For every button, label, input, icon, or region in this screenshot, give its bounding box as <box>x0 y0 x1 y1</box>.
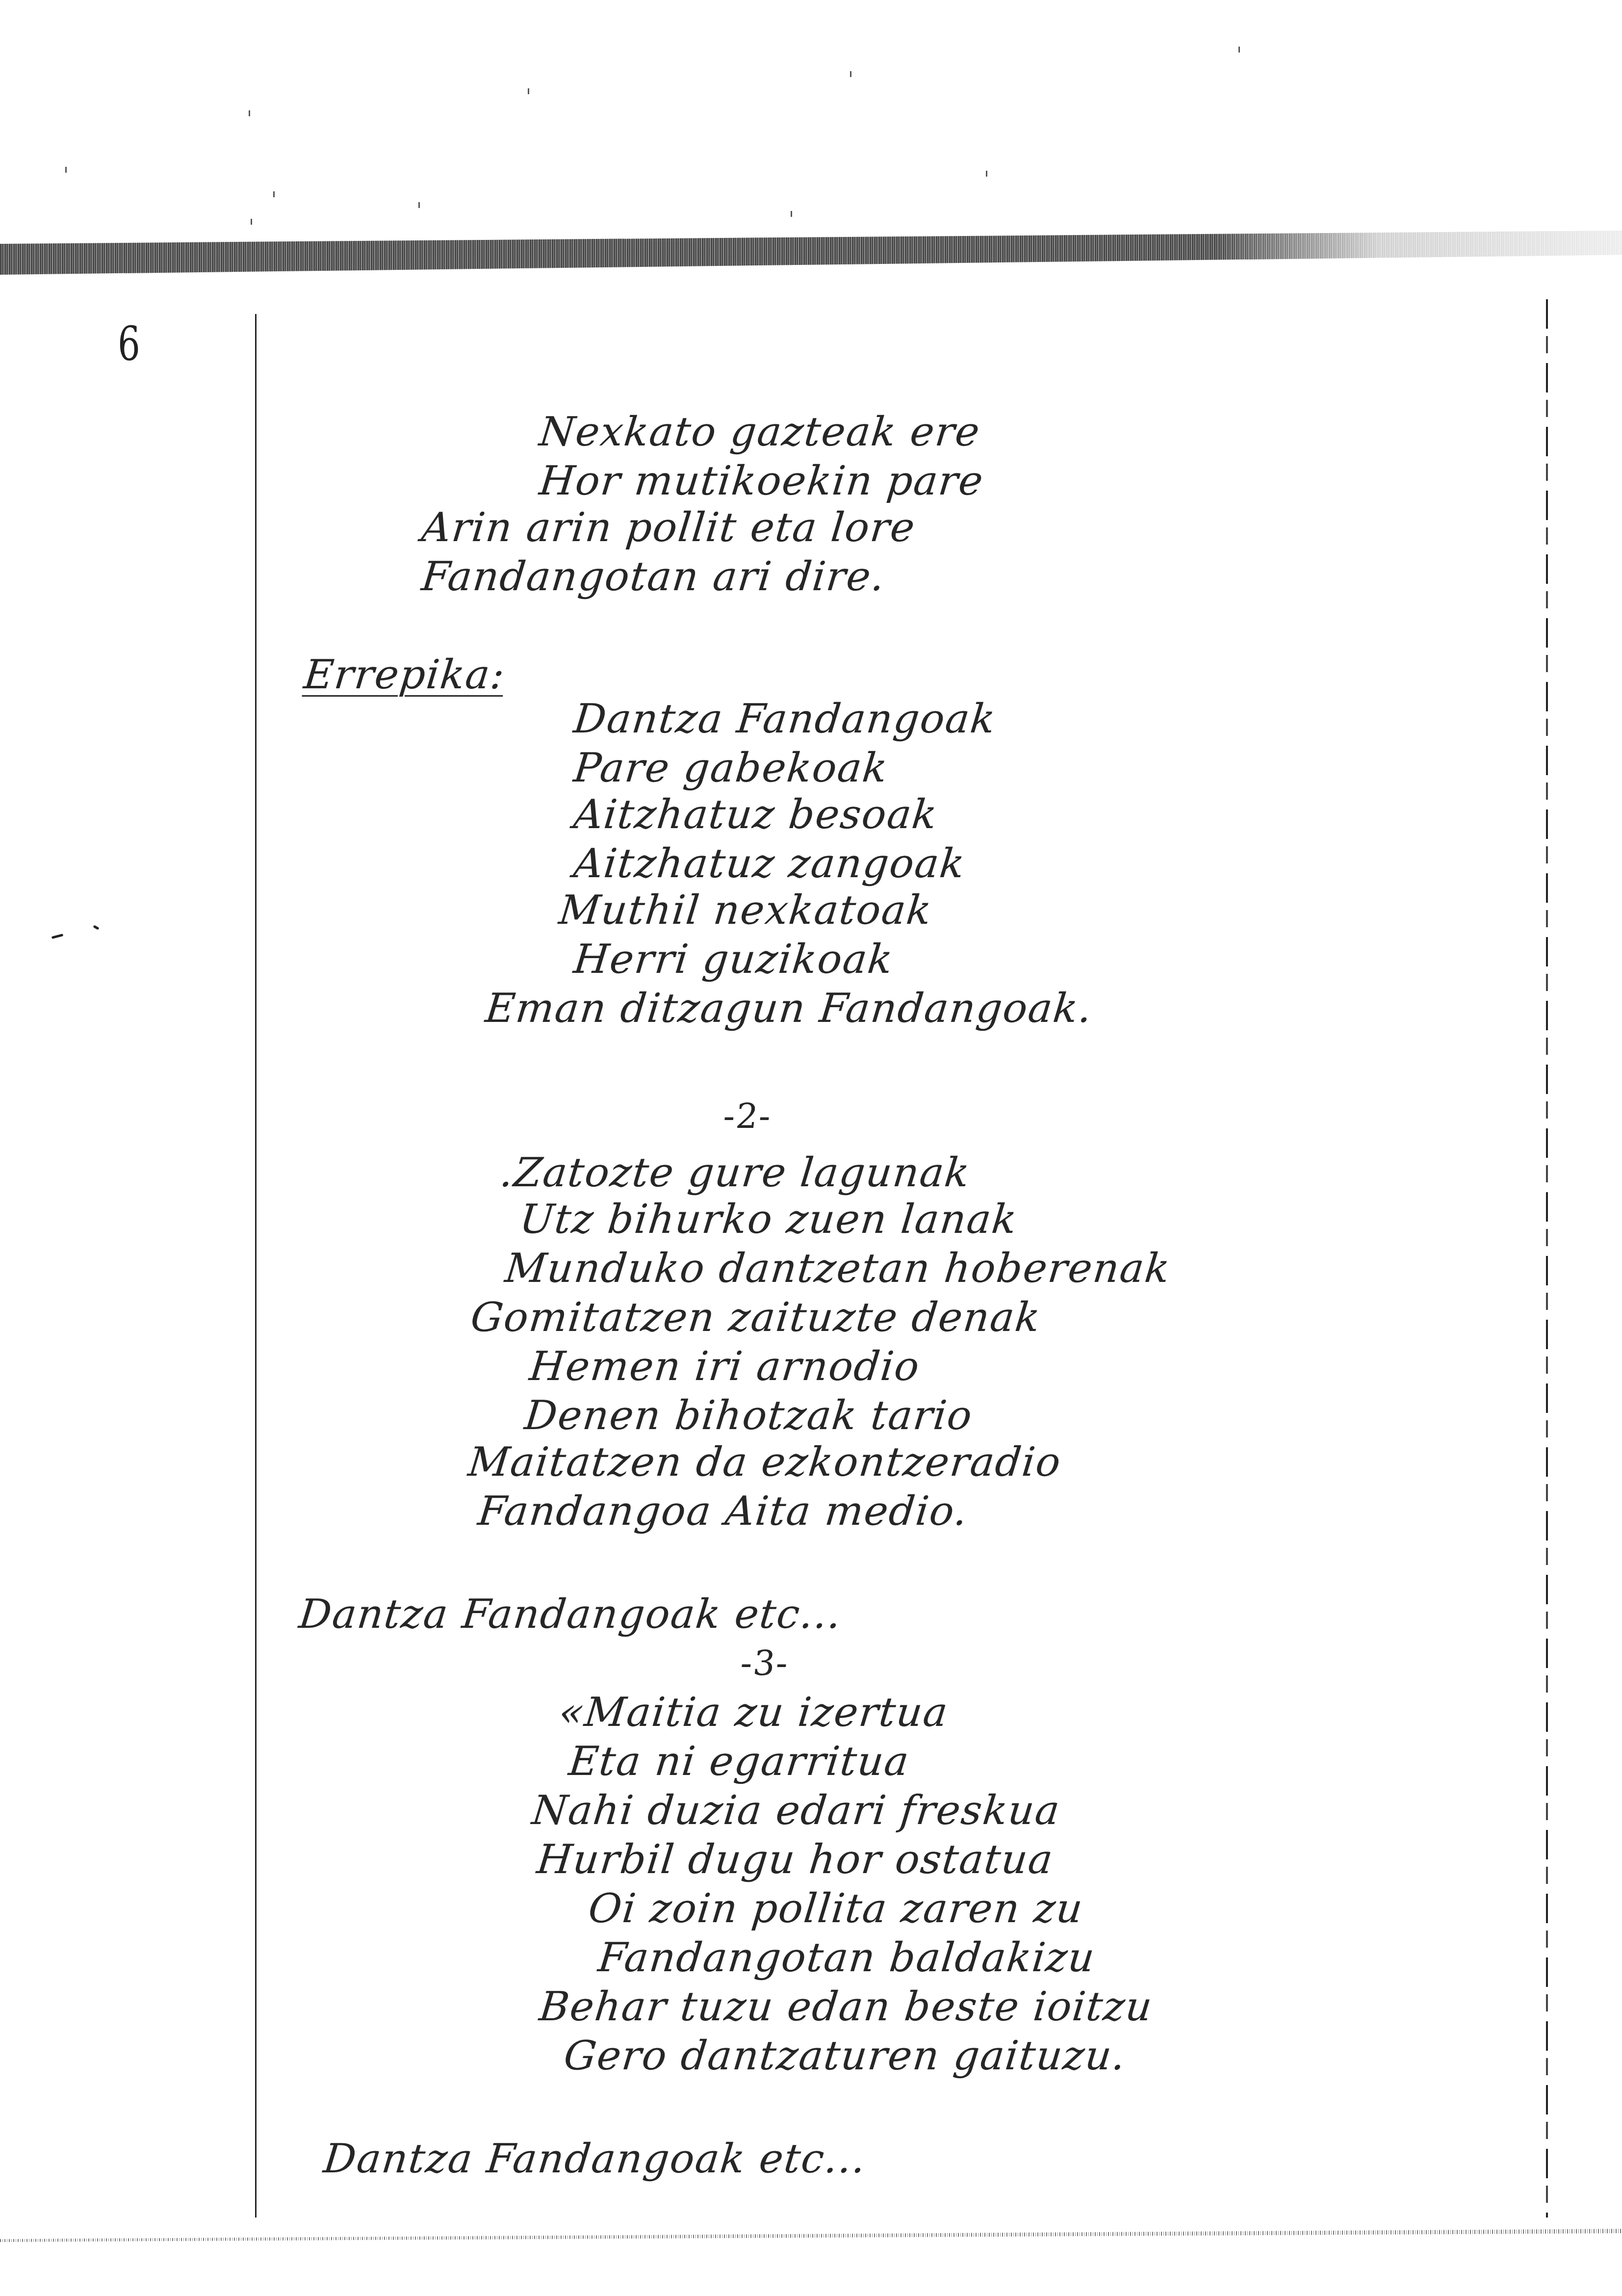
scan-speck <box>251 219 252 225</box>
scan-speck <box>791 211 792 217</box>
intro-line-3: Arin arin pollit eta lore <box>420 508 918 548</box>
verse-3-line-2: Eta ni egarritua <box>567 1742 912 1782</box>
verse-2-line-7: Maitatzen da ezkontzeradio <box>466 1442 1063 1483</box>
verse-3-line-1: «Maitia zu izertua <box>557 1693 951 1733</box>
verse-2-line-8: Fandangoa Aita medio. <box>476 1491 970 1532</box>
scan-speck <box>273 191 275 197</box>
verse-2-line-3: Munduko dantzetan hoberenak <box>503 1249 1173 1289</box>
chorus-line-7: Eman ditzagun Fandangoak. <box>484 989 1095 1029</box>
verse-3-line-6: Fandangotan baldakizu <box>596 1938 1097 1978</box>
verse-3-line-3: Nahi duzia edari freskua <box>530 1791 1062 1831</box>
scan-speck <box>850 71 851 77</box>
chorus-line-1: Dantza Fandangoak <box>572 699 998 739</box>
chorus-label: Errepika: <box>302 655 507 695</box>
verse-3-number: -3- <box>739 1646 790 1680</box>
verse-2-line-1: .Zatozte gure lagunak <box>498 1153 973 1193</box>
verse-2-refrain: Dantza Fandangoak etc... <box>297 1594 844 1635</box>
chorus-line-3: Aitzhatuz besoak <box>572 795 940 835</box>
page-number: 6 <box>118 316 140 371</box>
scan-top-edge-fade <box>1216 221 1622 275</box>
verse-2-line-6: Denen bihotzak tario <box>523 1396 975 1436</box>
scan-speck <box>418 202 420 208</box>
verse-2-number: -2- <box>721 1099 773 1133</box>
intro-line-1: Nexkato gazteak ere <box>538 412 982 452</box>
scan-speck <box>986 171 987 177</box>
chorus-line-5: Muthil nexkatoak <box>557 890 934 931</box>
scan-speck <box>65 167 67 173</box>
verse-2-line-5: Hemen iri arnodio <box>528 1347 922 1387</box>
verse-2-line-2: Utz bihurko zuen lanak <box>518 1200 1020 1240</box>
verse-3-refrain: Dantza Fandangoak etc... <box>322 2139 868 2179</box>
margin-stray-mark <box>93 925 100 930</box>
scan-speck <box>528 88 529 94</box>
intro-line-4: Fandangotan ari dire. <box>420 557 887 597</box>
chorus-line-6: Herri guzikoak <box>572 939 896 980</box>
chorus-line-4: Aitzhatuz zangoak <box>572 844 967 884</box>
margin-stray-mark <box>51 934 63 939</box>
verse-3-line-4: Hurbil dugu hor ostatua <box>535 1840 1056 1880</box>
scanned-page: 6 Nexkato gazteak ere Hor mutikoekin par… <box>0 0 1622 2296</box>
scan-speck <box>249 110 250 116</box>
scan-speck <box>1238 47 1240 52</box>
right-margin-rule <box>1546 299 1548 2218</box>
verse-3-line-8: Gero dantzaturen gaituzu. <box>562 2036 1128 2076</box>
left-margin-rule <box>255 314 257 2218</box>
scan-bottom-edge-band <box>0 2227 1622 2242</box>
intro-line-2: Hor mutikoekin pare <box>538 461 986 501</box>
verse-2-line-4: Gomitatzen zaituzte denak <box>469 1298 1043 1338</box>
verse-3-line-7: Behar tuzu edan beste ioitzu <box>538 1987 1155 2027</box>
verse-3-line-5: Oi zoin pollita zaren zu <box>587 1889 1085 1929</box>
chorus-line-2: Pare gabekoak <box>572 748 890 788</box>
